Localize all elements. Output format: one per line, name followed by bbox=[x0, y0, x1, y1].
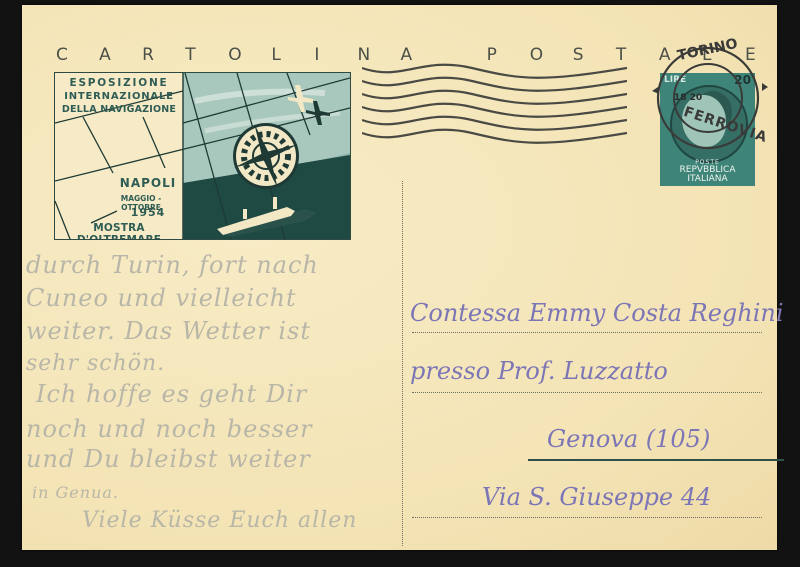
title-letter: A bbox=[99, 45, 100, 65]
compass-rose-icon bbox=[233, 123, 300, 190]
message-line: und Du bleibst weiter bbox=[26, 445, 311, 473]
message-line: noch und noch besser bbox=[26, 415, 313, 443]
address-line-rule bbox=[412, 332, 762, 333]
message-line: Viele Küsse Euch allen bbox=[82, 508, 357, 533]
title-letter: T bbox=[185, 45, 186, 65]
message-line: sehr schön. bbox=[26, 351, 165, 376]
message-line: Ich hoffe es geht Dir bbox=[36, 380, 307, 408]
illus-venue: MOSTRA D'OLTREMARE bbox=[57, 222, 181, 240]
wavy-cancellation-icon bbox=[362, 60, 627, 155]
illus-city: NAPOLI bbox=[115, 176, 181, 190]
stamp-country-line2: ITALIANA bbox=[660, 175, 755, 184]
address-line-rule bbox=[412, 392, 762, 393]
title-letter: L bbox=[271, 45, 272, 65]
postmark-date: 18 20 bbox=[674, 93, 702, 103]
illus-line3: DELLA NAVIGAZIONE bbox=[57, 103, 181, 116]
message-line: durch Turin, fort nach bbox=[26, 251, 319, 279]
title-letter: O bbox=[228, 45, 229, 65]
title-letter: C bbox=[56, 45, 57, 65]
illus-line1: ESPOSIZIONE bbox=[57, 77, 181, 90]
illus-line2: INTERNAZIONALE bbox=[57, 90, 181, 103]
message-address-divider bbox=[402, 181, 403, 546]
title-letter: N bbox=[357, 45, 358, 65]
illus-year: 1954 bbox=[115, 206, 181, 219]
address-line-rule bbox=[412, 517, 762, 518]
exhibition-illustration: ESPOSIZIONE INTERNAZIONALE DELLA NAVIGAZ… bbox=[54, 72, 351, 240]
address-city: Genova (105) bbox=[547, 425, 710, 453]
address-care-of: presso Prof. Luzzatto bbox=[410, 357, 668, 385]
message-line: Cuneo und vielleicht bbox=[26, 284, 297, 312]
title-letter: I bbox=[314, 45, 315, 65]
title-letter: R bbox=[142, 45, 143, 65]
message-line: in Genua. bbox=[32, 483, 119, 502]
address-city-rule bbox=[528, 459, 784, 461]
message-line: weiter. Das Wetter ist bbox=[26, 317, 311, 345]
postcard: CARTOLINAPOSTALE bbox=[22, 5, 777, 550]
address-recipient: Contessa Emmy Costa Reghini bbox=[410, 299, 784, 327]
address-street: Via S. Giuseppe 44 bbox=[482, 483, 711, 511]
